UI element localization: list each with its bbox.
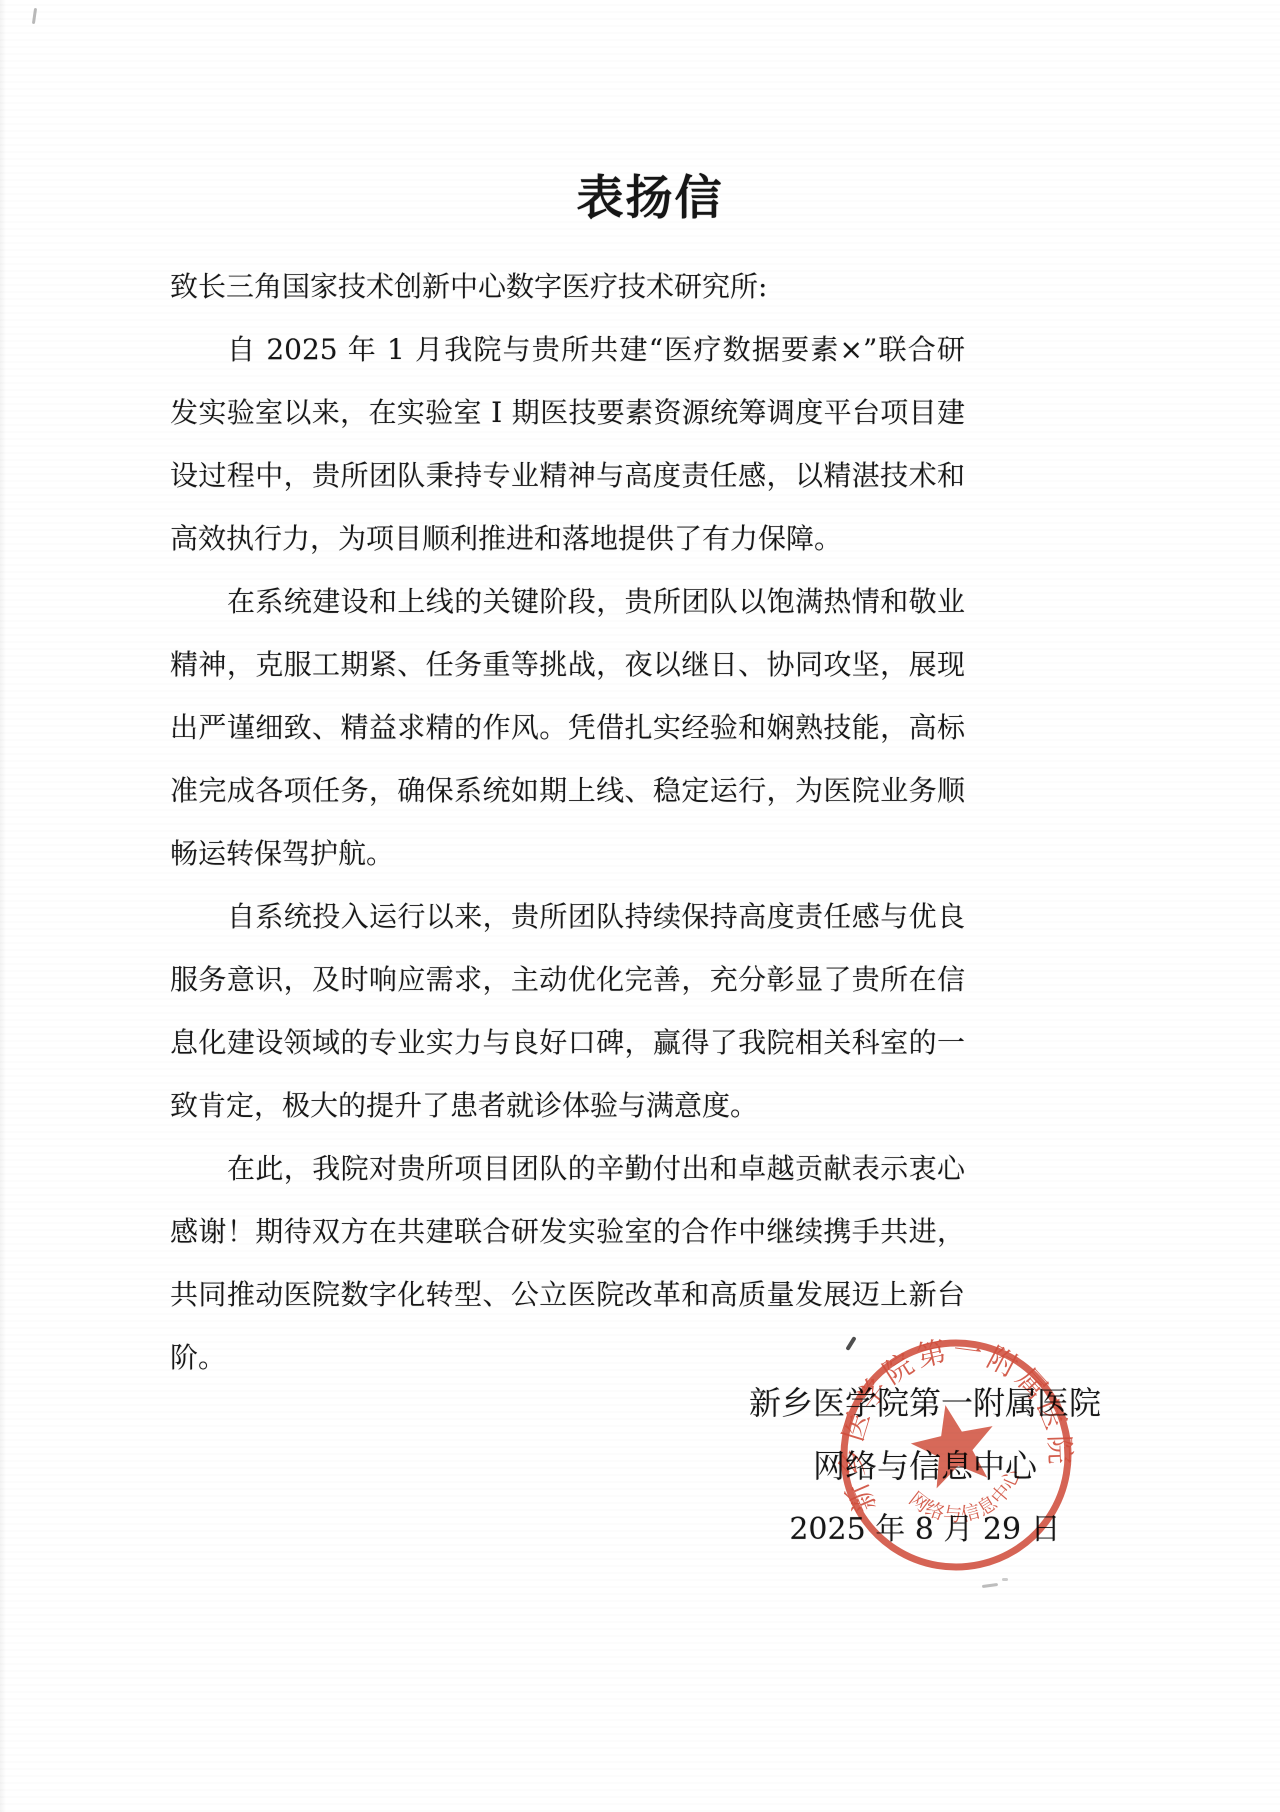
body-line: 发实验室以来，在实验室 Ⅰ 期医技要素资源统筹调度平台项目建	[170, 381, 965, 444]
scan-smudge-mark	[1002, 1578, 1008, 1581]
body-line: 准完成各项任务，确保系统如期上线、稳定运行，为医院业务顺	[170, 759, 965, 822]
official-seal-stamp: 新乡医学院第一附属医院 网络与信息中心	[808, 1307, 1105, 1604]
letter-body: 致长三角国家技术创新中心数字医疗技术研究所: 自 2025 年 1 月我院与贵所…	[170, 255, 965, 1389]
body-line: 出严谨细致、精益求精的作风。凭借扎实经验和娴熟技能，高标	[170, 696, 965, 759]
body-line: 自系统投入运行以来，贵所团队持续保持高度责任感与优良	[170, 885, 965, 948]
body-line: 高效执行力，为项目顺利推进和落地提供了有力保障。	[170, 507, 965, 570]
seal-star-icon	[905, 1396, 1003, 1491]
body-line: 自 2025 年 1 月我院与贵所共建“医疗数据要素×”联合研	[170, 318, 965, 381]
body-line: 畅运转保驾护航。	[170, 822, 965, 885]
scan-smudge-mark	[982, 1583, 998, 1588]
body-line: 设过程中，贵所团队秉持专业精神与高度责任感，以精湛技术和	[170, 444, 965, 507]
salutation: 致长三角国家技术创新中心数字医疗技术研究所:	[170, 255, 965, 318]
letter-title: 表扬信	[450, 168, 850, 230]
body-line: 在此，我院对贵所项目团队的辛勤付出和卓越贡献表示衷心	[170, 1137, 965, 1200]
body-line: 精神，克服工期紧、任务重等挑战，夜以继日、协同攻坚，展现	[170, 633, 965, 696]
body-line: 共同推动医院数字化转型、公立医院改革和高质量发展迈上新台	[170, 1263, 965, 1326]
body-line: 感谢！期待双方在共建联合研发实验室的合作中继续携手共进，	[170, 1200, 965, 1263]
body-line: 服务意识，及时响应需求，主动优化完善，充分彰显了贵所在信	[170, 948, 965, 1011]
commendation-letter-page: 表扬信 致长三角国家技术创新中心数字医疗技术研究所: 自 2025 年 1 月我…	[0, 0, 1280, 1812]
body-line: 致肯定，极大的提升了患者就诊体验与满意度。	[170, 1074, 965, 1137]
scan-artifact-mark	[32, 8, 37, 24]
body-line: 息化建设领域的专业实力与良好口碑，赢得了我院相关科室的一	[170, 1011, 965, 1074]
body-line: 在系统建设和上线的关键阶段，贵所团队以饱满热情和敬业	[170, 570, 965, 633]
seal-inner-text: 网络与信息中心	[901, 1461, 1033, 1537]
